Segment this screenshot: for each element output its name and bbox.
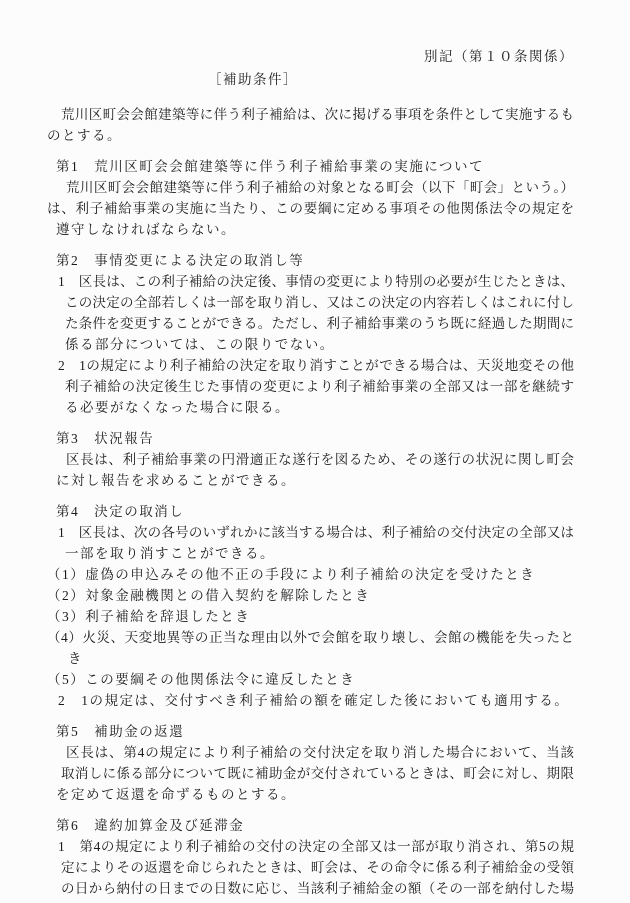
spacer: [47, 90, 574, 104]
list-item: （2）対象金融機関との借入契約を解除したとき: [47, 585, 574, 606]
spacer: [47, 805, 574, 815]
section-line: 荒川区町会会館建築等に伴う利子補給の対象となる町会（以下「町会」という。）: [47, 177, 574, 198]
section-line: 係る部分については、この限りでない。: [47, 334, 574, 355]
list-item-continuation: き: [47, 648, 574, 669]
section-5: 第5 補助金の返還 区長は、第4の規定により利子補給の交付決定を取り消した場合に…: [47, 721, 574, 805]
section-line: 利子補給の決定後生じた事情の変更により利子補給事業の全部又は一部を継続す: [47, 376, 574, 397]
section-3: 第3 状況報告 区長は、利子補給事業の円滑適正な遂行を図るため、その遂行の状況に…: [47, 428, 574, 491]
list-item: （5）この要綱その他関係法令に違反したとき: [47, 669, 574, 690]
spacer: [47, 146, 574, 156]
doc-title: ［補助条件］: [47, 69, 574, 90]
section-heading: 第6 違約加算金及び延滞金: [47, 815, 574, 836]
section-4: 第4 決定の取消し 1 区長は、次の各号のいずれかに該当する場合は、利子補給の交…: [47, 501, 574, 711]
spacer: [47, 240, 574, 250]
spacer: [47, 418, 574, 428]
section-line: 定によりその返還を命じられたときは、町会は、その命令に係る利子補給金の受領: [47, 857, 574, 878]
section-line: 2 1の規定は、交付すべき利子補給の額を確定した後においても適用する。: [47, 690, 574, 711]
doc-annotation: 別記（第１０条関係）: [47, 46, 574, 67]
section-line: 遵守しなければならない。: [47, 219, 574, 240]
section-line: 一部を取り消すことができる。: [47, 543, 574, 564]
section-line: る必要がなくなった場合に限る。: [47, 397, 574, 418]
section-line: 1 区長は、次の各号のいずれかに該当する場合は、利子補給の交付決定の全部又は: [47, 522, 574, 543]
section-line: 取消しに係る部分について既に補助金が交付されているときは、町会に対し、期限: [47, 763, 574, 784]
section-2: 第2 事情変更による決定の取消し等 1 区長は、この利子補給の決定後、事情の変更…: [47, 250, 574, 418]
section-line: に対し報告を求めることができる。: [47, 470, 574, 491]
list-item: （3）利子補給を辞退したとき: [47, 606, 574, 627]
list-item: （1）虚偽の申込みその他不正の手段により利子補給の決定を受けたとき: [47, 564, 574, 585]
section-heading: 第5 補助金の返還: [47, 721, 574, 742]
section-heading: 第3 状況報告: [47, 428, 574, 449]
spacer: [47, 711, 574, 721]
list-item: （4）火災、天変地異等の正当な理由以外で会館を取り壊し、会館の機能を失ったと: [47, 627, 574, 648]
document-page: 別記（第１０条関係） ［補助条件］ 荒川区町会会館建築等に伴う利子補給は、次に掲…: [0, 0, 630, 903]
section-line: 区長は、利子補給事業の円滑適正な遂行を図るため、その遂行の状況に関し町会: [47, 449, 574, 470]
section-line: この決定の全部若しくは一部を取り消し、又はこの決定の内容若しくはこれに付し: [47, 292, 574, 313]
intro-line: 荒川区町会会館建築等に伴う利子補給は、次に掲げる事項を条件として実施するも: [47, 104, 574, 125]
section-6: 第6 違約加算金及び延滞金 1 第4の規定により利子補給の交付の決定の全部又は一…: [47, 815, 574, 899]
section-line: を定めて返還を命ずるものとする。: [47, 784, 574, 805]
section-line: た条件を変更することができる。ただし、利子補給事業のうち既に経過した期間に: [47, 313, 574, 334]
spacer: [47, 491, 574, 501]
section-heading: 第1 荒川区町会会館建築等に伴う利子補給事業の実施について: [47, 156, 574, 177]
section-line: 区長は、第4の規定により利子補給の交付決定を取り消した場合において、当該: [47, 742, 574, 763]
section-1: 第1 荒川区町会会館建築等に伴う利子補給事業の実施について 荒川区町会会館建築等…: [47, 156, 574, 240]
intro-line: のとする。: [47, 125, 574, 146]
section-line: 2 1の規定により利子補給の決定を取り消すことができる場合は、天災地変その他: [47, 355, 574, 376]
section-line: 1 第4の規定により利子補給の交付の決定の全部又は一部が取り消され、第5の規: [47, 836, 574, 857]
section-line: 1 区長は、この利子補給の決定後、事情の変更により特別の必要が生じたときは、: [47, 271, 574, 292]
section-heading: 第2 事情変更による決定の取消し等: [47, 250, 574, 271]
section-line: の日から納付の日までの日数に応じ、当該利子補給金の額（その一部を納付した場: [47, 878, 574, 899]
section-line: は、利子補給事業の実施に当たり、この要綱に定める事項その他関係法令の規定を: [47, 198, 574, 219]
section-heading: 第4 決定の取消し: [47, 501, 574, 522]
